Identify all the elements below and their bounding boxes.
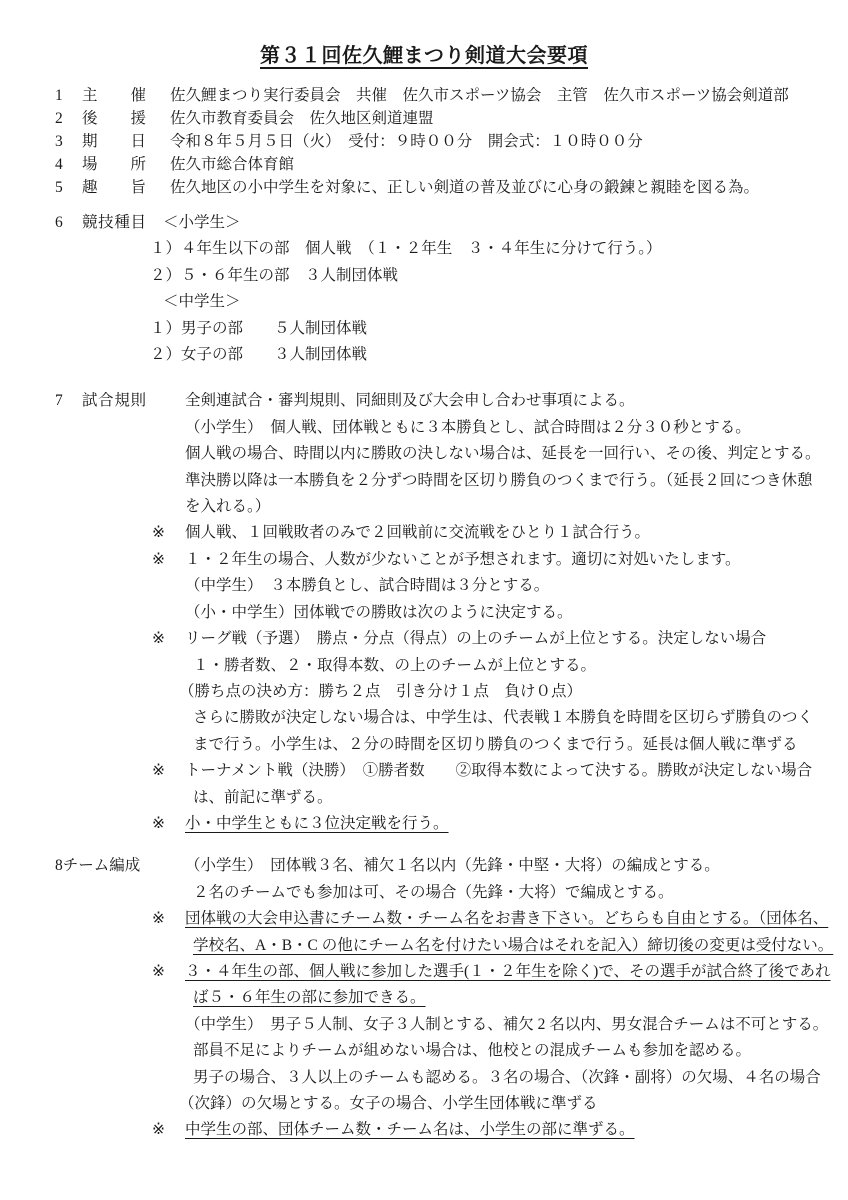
line-text: 小・中学生ともに３位決定戦を行う。	[185, 815, 449, 832]
line-text: １・２年生の場合、人数が少ないことが予想されます。適切に対処いたします。	[185, 551, 741, 568]
reference-mark: ※	[152, 758, 165, 784]
document-line: ※ 小・中学生ともに３位決定戦を行う。	[0, 811, 848, 837]
row-label: 期日	[82, 130, 146, 153]
line-text: は、前記に準ずる。	[193, 789, 333, 806]
document-line: を入れる。）	[0, 494, 848, 520]
line-text: 団体戦の大会申込書にチーム数・チーム名をお書き下さい。どちらも自由とする。（団体…	[185, 910, 828, 927]
line-text: （小学生） 団体戦３名、補欠１名以内（先鋒・中堅・大将）の編成とする。	[185, 857, 720, 874]
document-line: （中学生） 男子５人制、女子３人制とする、補欠 2 名以内、男女混合チームは不可…	[0, 1012, 848, 1038]
document-line: 部員不足によりチームが組めない場合は、他校との混成チームも参加を認める。	[0, 1038, 848, 1064]
line-text: ２名のチームでも参加は可、その場合（先鋒・大将）で編成とする。	[193, 884, 674, 901]
section-match-rules: 7 試合規則 全剣連試合・審判規則、同細則及び大会申し合わせ事項による。 （小学…	[0, 388, 848, 837]
line-text: を入れる。）	[185, 498, 270, 515]
info-row-kijitsu: 3 期日 令和８年５月５日（火） 受付：９時００分 開会式：１０時００分	[0, 130, 848, 153]
line-text: （中学生） ３本勝負とし、試合時間は３分とする。	[185, 577, 549, 594]
row-label: 趣旨	[82, 176, 146, 199]
line-text: リーグ戦（予選） 勝点・分点（得点）の上のチームが上位とする。決定しない場合	[185, 630, 766, 647]
line-text: 中学生の部、団体チーム数・チーム名は、小学生の部に準ずる。	[185, 1121, 635, 1138]
line-text: ＜小学生＞	[163, 214, 241, 231]
document-line: ※ リーグ戦（予選） 勝点・分点（得点）の上のチームが上位とする。決定しない場合	[0, 626, 848, 652]
row-text: 佐久市教育委員会 佐久地区剣道連盟	[170, 107, 434, 130]
line-text: １）男子の部 ５人制団体戦	[150, 320, 367, 337]
reference-mark: ※	[152, 626, 165, 652]
document-line: （勝ち点の決め方：勝ち２点 引き分け１点 負け０点）	[0, 679, 848, 705]
document-title-text: 第３１回佐久鯉まつり剣道大会要項	[260, 45, 588, 67]
document-line: 全剣連試合・審判規則、同細則及び大会申し合わせ事項による。	[0, 388, 848, 414]
line-text: 部員不足によりチームが組めない場合は、他校との混成チームも参加を認める。	[193, 1042, 751, 1059]
row-label: 主催	[82, 84, 146, 107]
row-number: 2	[55, 107, 82, 130]
line-text: 個人戦、１回戦敗者のみで２回戦前に交流戦をひとり１試合行う。	[185, 524, 650, 541]
line-text: （小学生） 個人戦、団体戦ともに３本勝負とし、試合時間は２分３０秒とする。	[185, 419, 751, 436]
document-line: ※ 団体戦の大会申込書にチーム数・チーム名をお書き下さい。どちらも自由とする。（…	[0, 906, 848, 932]
document-line: １）４年生以下の部 個人戦 （１・２年生 ３・４年生に分けて行う。）	[0, 236, 848, 262]
info-row-shusai: 1 主催 佐久鯉まつり実行委員会 共催 佐久市スポーツ協会 主管 佐久市スポーツ…	[0, 84, 848, 107]
line-text: まで行う。小学生は、２分の時間を区切り勝負のつくまで行う。延長は個人戦に準ずる	[193, 736, 798, 753]
line-text: ２）女子の部 ３人制団体戦	[150, 346, 367, 363]
line-text: ば５・６年生の部に参加できる。	[193, 989, 426, 1006]
document-line: ２）女子の部 ３人制団体戦	[0, 342, 848, 368]
section-team-composition: 8チーム編成 （小学生） 団体戦３名、補欠１名以内（先鋒・中堅・大将）の編成とす…	[0, 853, 848, 1143]
line-text: 準決勝以降は一本勝負を２分ずつ時間を区切り勝負のつくまで行う。（延長２回につき休…	[185, 472, 812, 489]
document-line: 男子の場合、３人以上のチームも認める。３名の場合、（次鋒・副将）の欠場、４名の場…	[0, 1065, 848, 1091]
reference-mark: ※	[152, 811, 165, 837]
document-line: ＜小学生＞	[0, 210, 848, 236]
info-row-shushi: 5 趣旨 佐久地区の小中学生を対象に、正しい剣道の普及並びに心身の鍛錬と親睦を図…	[0, 176, 848, 199]
line-text: （次鋒）の欠場とする。女子の場合、小学生団体戦に準ずる	[179, 1095, 598, 1112]
document-line: ※ １・２年生の場合、人数が少ないことが予想されます。適切に対処いたします。	[0, 547, 848, 573]
row-label: 後援	[82, 107, 146, 130]
document-line: （次鋒）の欠場とする。女子の場合、小学生団体戦に準ずる	[0, 1091, 848, 1117]
line-text: １・勝者数、２・取得本数、の上のチームが上位とする。	[193, 657, 596, 674]
row-number: 3	[55, 130, 82, 153]
line-text: ３・４年生の部、個人戦に参加した選手(１・２年生を除く)で、その選手が試合終了後…	[185, 963, 831, 980]
line-text: ＜中学生＞	[163, 293, 241, 310]
document-line: １）男子の部 ５人制団体戦	[0, 316, 848, 342]
document-line: （小・中学生）団体戦での勝敗は次のように決定する。	[0, 600, 848, 626]
line-text: 個人戦の場合、時間以内に勝敗の決しない場合は、延長を一回行い、その後、判定とする…	[185, 445, 821, 462]
document-line: （小学生） 個人戦、団体戦ともに３本勝負とし、試合時間は２分３０秒とする。	[0, 415, 848, 441]
document-line: ２名のチームでも参加は可、その場合（先鋒・大将）で編成とする。	[0, 880, 848, 906]
document-line: ＜中学生＞	[0, 289, 848, 315]
document-line: （小学生） 団体戦３名、補欠１名以内（先鋒・中堅・大将）の編成とする。	[0, 853, 848, 879]
line-text: ２）５・６年生の部 ３人制団体戦	[150, 267, 398, 284]
document-line: さらに勝敗が決定しない場合は、中学生は、代表戦１本勝負を時間を区切らず勝負のつく	[0, 705, 848, 731]
document-line: ※ トーナメント戦（決勝） ①勝者数 ②取得本数によって決する。勝敗が決定しない…	[0, 758, 848, 784]
line-text: １）４年生以下の部 個人戦 （１・２年生 ３・４年生に分けて行う。）	[150, 240, 662, 257]
line-text: 男子の場合、３人以上のチームも認める。３名の場合、（次鋒・副将）の欠場、４名の場…	[193, 1069, 821, 1086]
document-line: ※ ３・４年生の部、個人戦に参加した選手(１・２年生を除く)で、その選手が試合終…	[0, 959, 848, 985]
row-text: 佐久鯉まつり実行委員会 共催 佐久市スポーツ協会 主管 佐久市スポーツ協会剣道部	[170, 84, 789, 107]
line-text: 学校名、A・B・C の他にチーム名を付けたい場合はそれを記入）締切後の変更は受付…	[193, 937, 833, 954]
document-page: 第３１回佐久鯉まつり剣道大会要項 1 主催 佐久鯉まつり実行委員会 共催 佐久市…	[0, 0, 848, 1200]
reference-mark: ※	[152, 547, 165, 573]
reference-mark: ※	[152, 520, 165, 546]
row-text: 佐久市総合体育館	[170, 153, 294, 176]
row-text: 令和８年５月５日（火） 受付：９時００分 開会式：１０時００分	[170, 130, 643, 153]
document-line: ば５・６年生の部に参加できる。	[0, 985, 848, 1011]
document-line: は、前記に準ずる。	[0, 785, 848, 811]
info-row-basho: 4 場所 佐久市総合体育館	[0, 153, 848, 176]
document-line: （中学生） ３本勝負とし、試合時間は３分とする。	[0, 573, 848, 599]
line-text: トーナメント戦（決勝） ①勝者数 ②取得本数によって決する。勝敗が決定しない場合	[185, 762, 812, 779]
document-line: 準決勝以降は一本勝負を２分ずつ時間を区切り勝負のつくまで行う。（延長２回につき休…	[0, 468, 848, 494]
document-line: ２）５・６年生の部 ３人制団体戦	[0, 263, 848, 289]
document-line: １・勝者数、２・取得本数、の上のチームが上位とする。	[0, 653, 848, 679]
line-text: 全剣連試合・審判規則、同細則及び大会申し合わせ事項による。	[185, 392, 635, 409]
line-text: さらに勝敗が決定しない場合は、中学生は、代表戦１本勝負を時間を区切らず勝負のつく	[193, 709, 813, 726]
section-events: 6 競技種目 ＜小学生＞ １）４年生以下の部 個人戦 （１・２年生 ３・４年生に…	[0, 210, 848, 368]
row-number: 5	[55, 176, 82, 199]
row-number: 4	[55, 153, 82, 176]
reference-mark: ※	[152, 906, 165, 932]
line-text: （小・中学生）団体戦での勝敗は次のように決定する。	[185, 604, 573, 621]
document-line: ※ 個人戦、１回戦敗者のみで２回戦前に交流戦をひとり１試合行う。	[0, 520, 848, 546]
row-number: 1	[55, 84, 82, 107]
document-line: ※ 中学生の部、団体チーム数・チーム名は、小学生の部に準ずる。	[0, 1117, 848, 1143]
row-text: 佐久地区の小中学生を対象に、正しい剣道の普及並びに心身の鍛錬と親睦を図る為。	[170, 176, 759, 199]
line-text: （勝ち点の決め方：勝ち２点 引き分け１点 負け０点）	[179, 683, 582, 700]
document-line: 学校名、A・B・C の他にチーム名を付けたい場合はそれを記入）締切後の変更は受付…	[0, 933, 848, 959]
line-text: （中学生） 男子５人制、女子３人制とする、補欠 2 名以内、男女混合チームは不可…	[185, 1016, 828, 1033]
document-title: 第３１回佐久鯉まつり剣道大会要項	[0, 0, 848, 70]
info-row-koen: 2 後援 佐久市教育委員会 佐久地区剣道連盟	[0, 107, 848, 130]
reference-mark: ※	[152, 1117, 165, 1143]
document-line: まで行う。小学生は、２分の時間を区切り勝負のつくまで行う。延長は個人戦に準ずる	[0, 732, 848, 758]
document-line: 個人戦の場合、時間以内に勝敗の決しない場合は、延長を一回行い、その後、判定とする…	[0, 441, 848, 467]
info-rows: 1 主催 佐久鯉まつり実行委員会 共催 佐久市スポーツ協会 主管 佐久市スポーツ…	[0, 84, 848, 199]
row-label: 場所	[82, 153, 146, 176]
reference-mark: ※	[152, 959, 165, 985]
